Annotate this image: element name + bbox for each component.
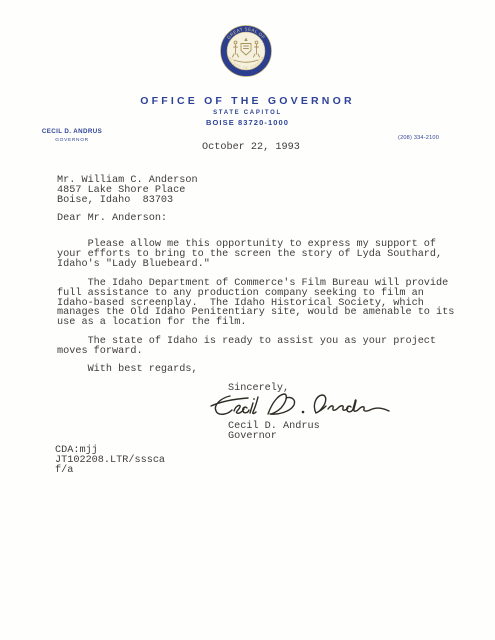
letter-date: October 22, 1993	[202, 143, 300, 153]
idaho-state-seal-icon: GREAT SEAL OF STATE OF IDAHO	[220, 25, 272, 77]
body-paragraph-1: Please allow me this opportunity to expr…	[57, 240, 442, 269]
salutation: Dear Mr. Anderson:	[57, 214, 167, 224]
letterhead-phone: (208) 334-2100	[398, 135, 468, 141]
regards-line: With best regards,	[57, 365, 198, 375]
typed-signature-block: Cecil D. Andrus Governor	[228, 422, 320, 442]
letterhead-office-title: OFFICE OF THE GOVERNOR	[0, 95, 495, 107]
seal-graphic: GREAT SEAL OF STATE OF IDAHO	[220, 25, 272, 77]
recipient-address: Mr. William C. Anderson 4857 Lake Shore …	[57, 176, 198, 205]
letterhead-state-capitol: STATE CAPITOL	[0, 110, 495, 116]
governor-name: CECIL D. ANDRUS	[26, 128, 118, 135]
letter-page: GREAT SEAL OF STATE OF IDAHO OFFICE OF T…	[0, 0, 495, 640]
letterhead-governor-block: CECIL D. ANDRUS GOVERNOR	[26, 128, 118, 143]
governor-title: GOVERNOR	[26, 138, 118, 143]
body-paragraph-3: The state of Idaho is ready to assist yo…	[57, 337, 436, 357]
body-paragraph-2: The Idaho Department of Commerce's Film …	[57, 279, 454, 328]
letterhead-address-zip: BOISE 83720-1000	[0, 118, 495, 127]
reference-initials-block: CDA:mjj JT102208.LTR/sssca f/a	[55, 446, 165, 475]
